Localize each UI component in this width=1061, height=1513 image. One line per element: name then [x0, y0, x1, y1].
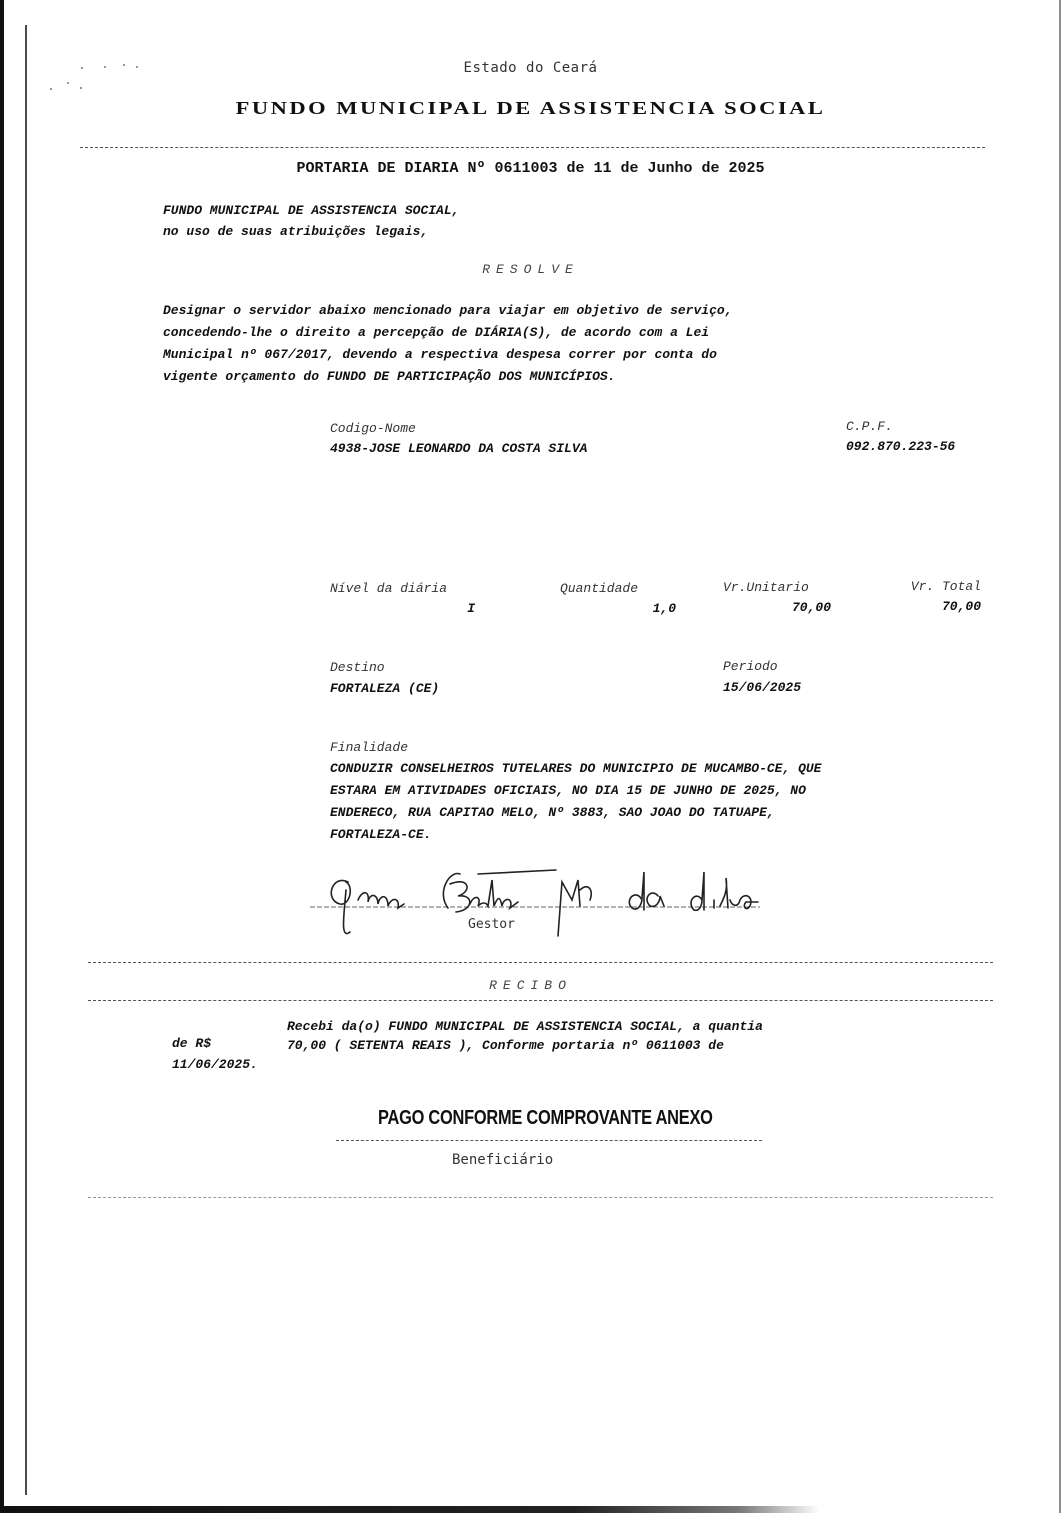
divider — [88, 962, 993, 963]
beneficiary-signature-line — [336, 1140, 762, 1141]
total-value: 70,00 — [895, 599, 981, 614]
resolution-line: vigente orçamento do FUNDO DE PARTICIPAÇ… — [163, 366, 903, 388]
destination-value: FORTALEZA (CE) — [330, 681, 439, 696]
unit-price-label: Vr.Unitario — [723, 580, 809, 595]
total-label: Vr. Total — [895, 579, 981, 594]
handwritten-signature: Joana Batista M. da Silva — [310, 860, 790, 950]
receipt-date: 11/06/2025. — [172, 1057, 258, 1072]
resolution-line: Designar o servidor abaixo mencionado pa… — [163, 300, 903, 322]
divider — [88, 1000, 993, 1001]
divider — [88, 1197, 993, 1198]
level-label: Nível da diária — [330, 581, 447, 596]
receipt-line-1: Recebi da(o) FUNDO MUNICIPAL DE ASSISTEN… — [287, 1019, 763, 1034]
resolve-heading: RESOLVE — [0, 262, 1061, 277]
document-title: PORTARIA DE DIARIA Nº 0611003 de 11 de J… — [0, 160, 1061, 177]
purpose-line: CONDUZIR CONSELHEIROS TUTELARES DO MUNIC… — [330, 758, 821, 780]
resolution-line: Municipal nº 067/2017, devendo a respect… — [163, 344, 903, 366]
purpose-label: Finalidade — [330, 740, 408, 755]
state-name: Estado do Ceará — [0, 60, 1061, 76]
resolution-paragraph: Designar o servidor abaixo mencionado pa… — [163, 300, 903, 388]
code-name-label: Codigo-Nome — [330, 421, 416, 436]
level-value: I — [330, 601, 475, 616]
quantity-value: 1,0 — [560, 601, 676, 616]
period-value: 15/06/2025 — [723, 680, 801, 695]
organization-name: FUNDO MUNICIPAL DE ASSISTENCIA SOCIAL — [0, 98, 1061, 119]
cpf-label: C.P.F. — [846, 419, 893, 434]
purpose-line: ENDERECO, RUA CAPITAO MELO, Nº 3883, SAO… — [330, 802, 821, 824]
signature-role: Gestor — [468, 917, 515, 932]
divider — [80, 147, 985, 148]
beneficiary-label: Beneficiário — [452, 1152, 553, 1168]
receipt-line-2: 70,00 ( SETENTA REAIS ), Conforme portar… — [287, 1038, 724, 1053]
quantity-label: Quantidade — [560, 581, 638, 596]
resolution-line: concedendo-lhe o direito a percepção de … — [163, 322, 903, 344]
intro-attributions: no uso de suas atribuições legais, — [163, 224, 428, 239]
unit-price-value: 70,00 — [723, 600, 831, 615]
scan-border-left — [0, 0, 4, 1513]
receipt-currency-prefix: de R$ — [172, 1036, 211, 1051]
destination-label: Destino — [330, 660, 385, 675]
purpose-text: CONDUZIR CONSELHEIROS TUTELARES DO MUNIC… — [330, 758, 821, 846]
code-name-value: 4938-JOSE LEONARDO DA COSTA SILVA — [330, 441, 587, 456]
purpose-line: ESTARA EM ATIVIDADES OFICIAIS, NO DIA 15… — [330, 780, 821, 802]
receipt-heading: RECIBO — [0, 978, 1061, 993]
intro-organization: FUNDO MUNICIPAL DE ASSISTENCIA SOCIAL, — [163, 203, 459, 218]
scan-border-inner — [25, 25, 27, 1495]
cpf-value: 092.870.223-56 — [846, 439, 955, 454]
scan-border-bottom — [0, 1506, 820, 1513]
period-label: Periodo — [723, 659, 778, 674]
purpose-line: FORTALEZA-CE. — [330, 824, 821, 846]
payment-stamp: PAGO CONFORME COMPROVANTE ANEXO — [378, 1107, 713, 1130]
